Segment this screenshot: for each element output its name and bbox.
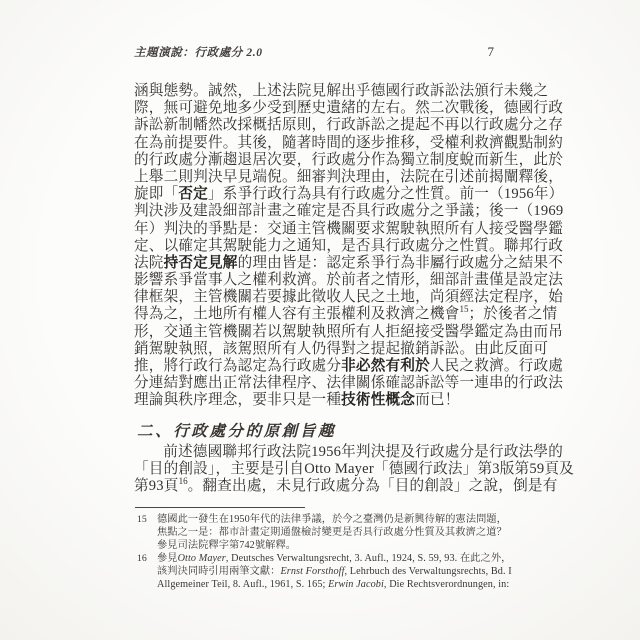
text-line: 在為前提要件。其後，隨著時間的逐步推移，受權利救濟觀點制約 xyxy=(134,135,512,152)
text-line: 前述德國聯邦行政法院1956年判決提及行政處分是行政法學的 xyxy=(134,444,512,461)
text-line: 際，無可避免地多少受到歷史遺緒的左右。然二次戰後，德國行政 xyxy=(134,100,512,117)
text-line: 訴訟新制幡然改採概括原則，行政訴訟之提起不再以行政處分之存 xyxy=(134,117,512,134)
footnote-line: 該判決同時引用兩筆文獻：Ernst Forsthoff, Lehrbuch de… xyxy=(157,566,519,579)
text-line: 得為之，土地所有權人容有主張權利及救濟之機會15；於後者之情 xyxy=(134,306,512,323)
text-line: 法院持否定見解的理由皆是：認定系爭行為非屬行政處分之結果不 xyxy=(134,255,512,272)
text-line: 銷駕駛執照，該駕照所有人仍得對之提起撤銷訴訟。由此反面可 xyxy=(134,341,512,358)
text-line: 「目的創設」，主要是引自Otto Mayer「德國行政法」第3版第59頁及 xyxy=(134,461,512,478)
text-line: 第93頁16。翻查出處，未見行政處分為「目的創設」之說，倒是有 xyxy=(134,478,512,495)
footnote-line: 德國此一發生在1950年代的法律爭議，於今之臺灣仍是新興待解的憲法問題， xyxy=(157,514,519,527)
body-paragraph-1: 涵與態勢。誠然，上述法院見解出乎德國行政訴訟法頒行未幾之際，無可避免地多少受到歷… xyxy=(134,83,512,410)
text-line: 涵與態勢。誠然，上述法院見解出乎德國行政訴訟法頒行未幾之 xyxy=(134,83,512,100)
text-line: 分連結對應出正常法律程序、法律關係確認訴訟等一連串的行政法 xyxy=(134,375,512,392)
footnote-number: 16 xyxy=(137,553,157,566)
text-line: 年）判決的爭點是：交通主管機關要求駕駛執照所有人接受醫學鑑 xyxy=(134,221,512,238)
text-line: 上舉二則判決早見端倪。細審判決理由，法院在引述前揭闡釋後， xyxy=(134,169,512,186)
footnotes: 15德國此一發生在1950年代的法律爭議，於今之臺灣仍是新興待解的憲法問題，焦點… xyxy=(137,514,519,591)
footnote-line: Allgemeiner Teil, 8. Aufl., 1961, S. 165… xyxy=(157,579,519,592)
footnote-number: 15 xyxy=(137,514,157,527)
footnote-line: 焦點之一是：都市計畫定期通盤檢討變更是否具行政處分性質及其救濟之道？ xyxy=(157,527,519,540)
footnote-separator xyxy=(135,507,305,508)
footnote-text: 德國此一發生在1950年代的法律爭議，於今之臺灣仍是新興待解的憲法問題，焦點之一… xyxy=(157,514,519,553)
section-heading: 二、行政處分的原創旨趣 xyxy=(137,419,336,441)
footnote-line: 參見司法院釋字第742號解釋。 xyxy=(157,540,519,553)
text-line: 推，將行政行為認定為行政處分非必然有利於人民之救濟。行政處 xyxy=(134,358,512,375)
text-line: 形，交通主管機關若以駕駛執照所有人拒絕接受醫學鑑定為由而吊 xyxy=(134,324,512,341)
book-page: 主題演說：行政處分 2.0 7 涵與態勢。誠然，上述法院見解出乎德國行政訴訟法頒… xyxy=(0,0,640,640)
footnote: 16參見Otto Mayer, Deutsches Verwaltungsrec… xyxy=(137,553,519,592)
running-title: 主題演說：行政處分 2.0 xyxy=(134,44,263,60)
page-header: 主題演說：行政處分 2.0 7 xyxy=(134,44,506,60)
text-line: 律框架，主管機關若要據此徵收人民之土地，尚須經法定程序，始 xyxy=(134,289,512,306)
text-line: 理論與秩序理念，要非只是一種技術性概念而已！ xyxy=(134,392,512,409)
footnote-line: 參見Otto Mayer, Deutsches Verwaltungsrecht… xyxy=(157,553,519,566)
text-line: 影響系爭當事人之權利救濟。於前者之情形，細部計畫僅是設定法 xyxy=(134,272,512,289)
body-paragraph-2: 前述德國聯邦行政法院1956年判決提及行政處分是行政法學的「目的創設」，主要是引… xyxy=(134,444,512,496)
footnote: 15德國此一發生在1950年代的法律爭議，於今之臺灣仍是新興待解的憲法問題，焦點… xyxy=(137,514,519,553)
text-line: 判決涉及建設細部計畫之確定是否具行政處分之爭議；後一（1969 xyxy=(134,203,512,220)
page-number: 7 xyxy=(488,44,495,60)
text-line: 的行政處分漸趨退居次要，行政處分作為獨立制度蛻而新生，此於 xyxy=(134,152,512,169)
footnote-text: 參見Otto Mayer, Deutsches Verwaltungsrecht… xyxy=(157,553,519,592)
text-line: 旋即「否定」系爭行政行為具有行政處分之性質。前一（1956年） xyxy=(134,186,512,203)
text-line: 定、以確定其駕駛能力之通知，是否具行政處分之性質。聯邦行政 xyxy=(134,238,512,255)
